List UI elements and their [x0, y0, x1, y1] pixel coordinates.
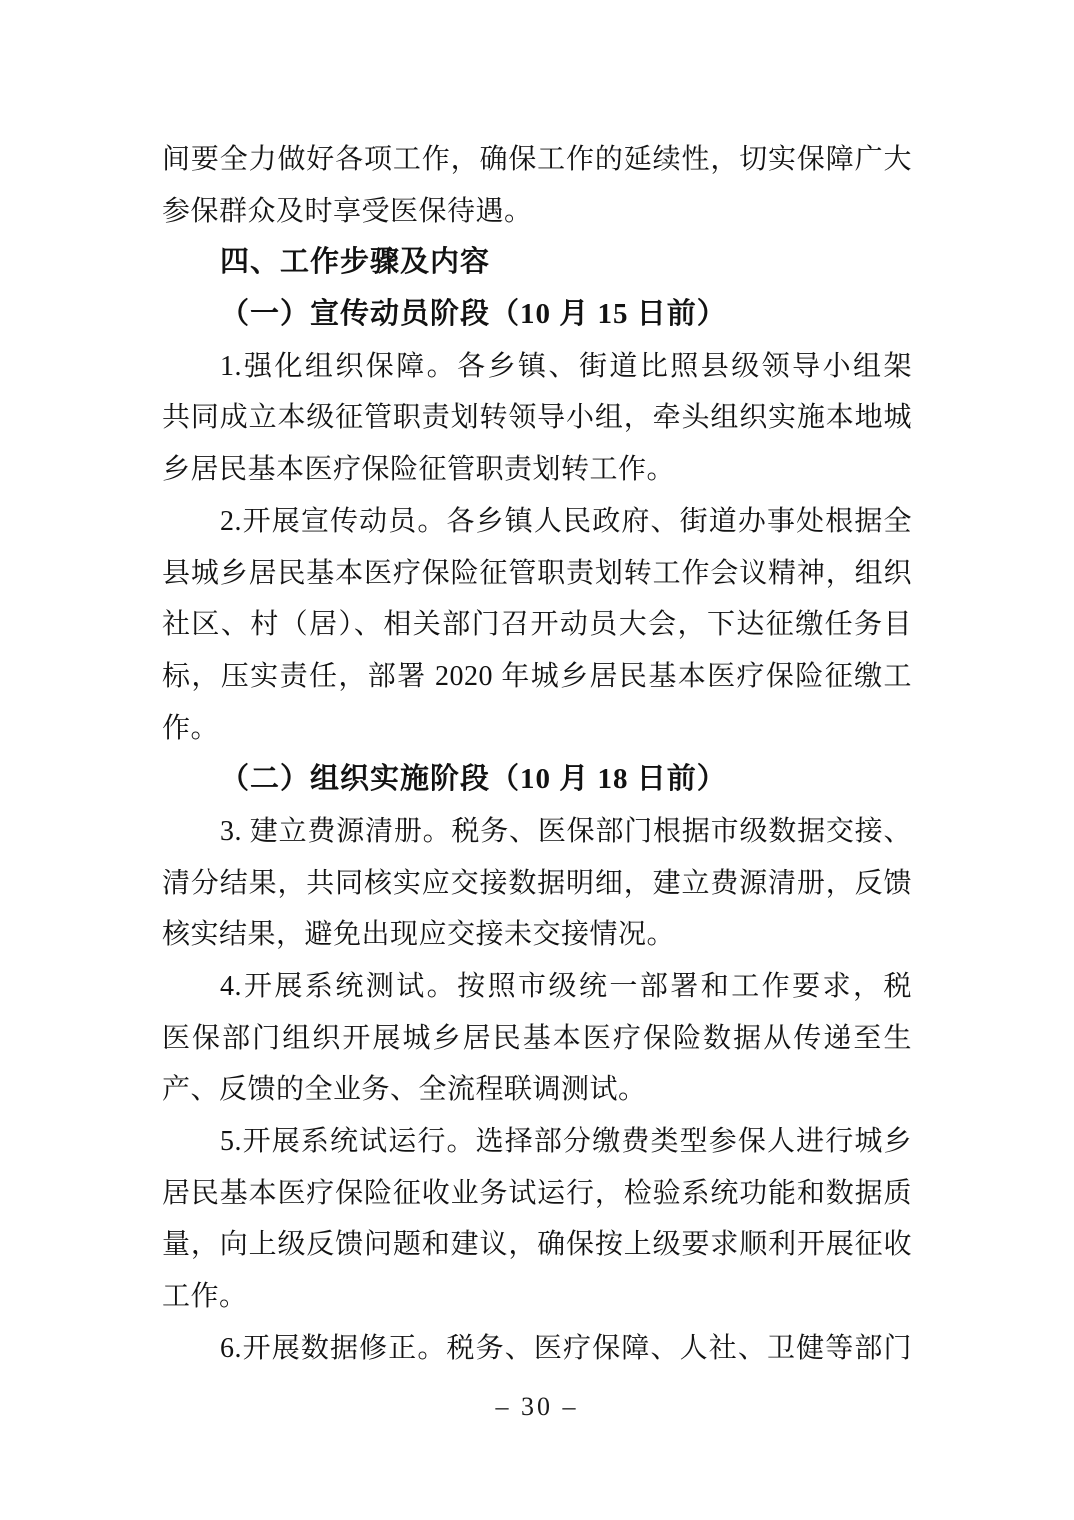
body-text-line: 社区、村（居）、相关部门召开动员大会，下达征缴任务目: [162, 599, 912, 651]
body-text-line: 参保群众及时享受医保待遇。: [162, 186, 912, 238]
body-text-line: 3. 建立费源清册。税务、医保部门根据市级数据交接、: [162, 806, 912, 858]
body-text-line: 量，向上级反馈问题和建议，确保按上级要求顺利开展征收: [162, 1219, 912, 1271]
body-text-line: 工作。: [162, 1271, 912, 1323]
body-text-line: 共同成立本级征管职责划转领导小组，牵头组织实施本地城: [162, 392, 912, 444]
body-text-line: 6.开展数据修正。税务、医疗保障、人社、卫健等部门: [162, 1323, 912, 1375]
body-text-line: 2.开展宣传动员。各乡镇人民政府、街道办事处根据全: [162, 496, 912, 548]
body-text-line: 医保部门组织开展城乡居民基本医疗保险数据从传递至生: [162, 1013, 912, 1065]
body-text-line: 居民基本医疗保险征收业务试运行，检验系统功能和数据质: [162, 1168, 912, 1220]
body-text-line: 1.强化组织保障。各乡镇、街道比照县级领导小组架构，: [162, 341, 912, 393]
body-text-line: 4.开展系统测试。按照市级统一部署和工作要求，税务、: [162, 961, 912, 1013]
subsection-heading: （二）组织实施阶段（10 月 18 日前）: [162, 754, 912, 806]
page-number: – 30 –: [0, 1392, 1074, 1422]
document-page: 间要全力做好各项工作，确保工作的延续性，切实保障广大参保群众及时享受医保待遇。四…: [0, 0, 1074, 1520]
body-text-line: 产、反馈的全业务、全流程联调测试。: [162, 1064, 912, 1116]
body-text-line: 间要全力做好各项工作，确保工作的延续性，切实保障广大: [162, 134, 912, 186]
body-text-line: 清分结果，共同核实应交接数据明细，建立费源清册，反馈: [162, 858, 912, 910]
document-content: 间要全力做好各项工作，确保工作的延续性，切实保障广大参保群众及时享受医保待遇。四…: [162, 134, 912, 1375]
body-text-line: 5.开展系统试运行。选择部分缴费类型参保人进行城乡: [162, 1116, 912, 1168]
body-text-line: 作。: [162, 703, 912, 755]
body-text-line: 乡居民基本医疗保险征管职责划转工作。: [162, 444, 912, 496]
section-heading: 四、工作步骤及内容: [162, 237, 912, 289]
body-text-line: 核实结果，避免出现应交接未交接情况。: [162, 909, 912, 961]
body-text-line: 标，压实责任，部署 2020 年城乡居民基本医疗保险征缴工: [162, 651, 912, 703]
body-text-line: 县城乡居民基本医疗保险征管职责划转工作会议精神，组织: [162, 548, 912, 600]
subsection-heading: （一）宣传动员阶段（10 月 15 日前）: [162, 289, 912, 341]
